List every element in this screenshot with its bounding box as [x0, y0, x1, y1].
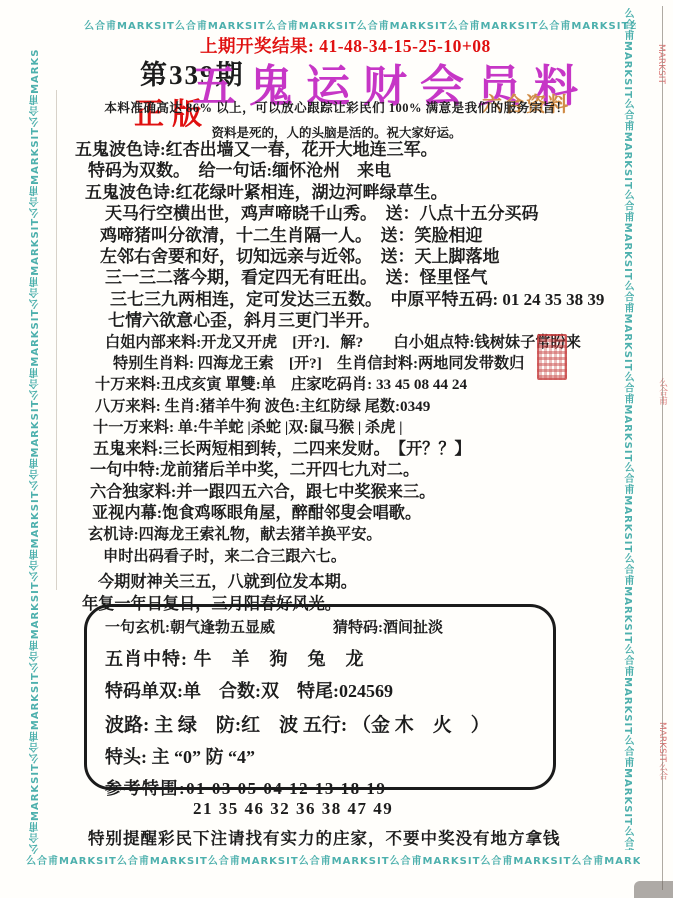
five-zodiac-row: 五肖中特: 牛 羊 狗 兔 龙 [105, 645, 553, 671]
tip-line: 玄机诗:四海龙王索礼物，献去猪羊换平安。 [58, 524, 638, 545]
mystery-phrase: 一句玄机:朝气逢勃五显威 [105, 616, 275, 637]
tip-line: 今期财神关三五，八就到位发本期。 [58, 572, 638, 593]
wave-color-row: 波路: 主 绿 防:红 波 五行: （金 木 火 ） [105, 710, 553, 737]
tip-line: 三七三九两相连，定可发达三五数。 中原平特五码: 01 24 35 38 39 [58, 289, 638, 310]
reference-numbers-row1: 参考特围:01 03 05 04 12 13 18 19 [105, 774, 553, 799]
tip-line: 申时出码看子时，来二合三跟六七。 [58, 546, 638, 567]
tip-line: 三一三二落今期，看定四无有旺出。 送：怪里怪气 [58, 267, 638, 288]
tip-line: 五鬼波色诗:红杏出墙又一春，花开大地连三军。 [58, 139, 638, 160]
special-head-row: 特头: 主 “0” 防 “4” [105, 743, 553, 769]
prediction-box: 一句玄机:朝气逢勃五显威 猜特码:酒间扯淡 五肖中特: 牛 羊 狗 兔 龙 特码… [84, 604, 556, 790]
page-edge-line-left [56, 90, 57, 590]
tip-line: 一句中特:龙前猪后羊中奖，二开四七九对二。 [58, 460, 638, 481]
tip-line: 鸡啼猪叫分欲清，十二生肖隔一人。 送：笑脸相迎 [58, 225, 638, 246]
tip-line: 天马行空横出世，鸡声啼晓千山秀。 送：八点十五分买码 [58, 203, 638, 224]
lottery-tip-sheet: 么合甫MARKSIT么合甫MARKSIT么合甫MARKSIT么合甫MARKSIT… [0, 0, 673, 898]
watermark-left: 么合甫MARKSIT么合甫MARKSIT么合甫MARKSIT么合甫MARKSIT… [28, 48, 43, 854]
red-seal-stamp [537, 334, 567, 380]
tip-line: 六合独家料:并一跟四五六合，跟七中奖猴来三。 [58, 482, 638, 503]
tip-line: 左邻右舍要和好，切知远亲与近邻。 送：天上脚落地 [58, 246, 638, 267]
scan-corner-smudge [634, 881, 673, 898]
tip-line: 亚视内幕:饱食鸡啄眼角屋，醉酣邻叟会唱歌。 [58, 503, 638, 524]
tip-line: 八万来料: 生肖:猪羊牛狗 波色:主红防绿 尾数:0349 [58, 396, 638, 417]
warning-notice: 特别提醒彩民下注请找有实力的庄家，不要中奖没有地方拿钱 [88, 825, 561, 849]
accuracy-tagline: 本料准确高达 86% 以上，可以放心跟踪让彩民们 100% 满意是我们的服务宗旨… [0, 98, 673, 116]
guess-special-phrase: 猜特码:酒间扯淡 [333, 616, 443, 637]
watermark-top: 么合甫MARKSIT么合甫MARKSIT么合甫MARKSIT么合甫MARKSIT… [84, 17, 636, 31]
tip-line: 五鬼来料:三长两短相到转，二四来发财。 【开？？】 [58, 439, 638, 460]
mystery-row: 一句玄机:朝气逢勃五显威 猜特码:酒间扯淡 [105, 616, 553, 637]
watermark-bottom: 么合甫MARKSIT么合甫MARKSIT么合甫MARKSIT么合甫MARKSIT… [26, 852, 640, 866]
tip-line: 特码为双数。 给一句话:缅怀沧州 来电 [58, 160, 638, 181]
tip-line: 十一万来料: 单:牛羊蛇 |杀蛇 |双:鼠马猴 | 杀虎 | [58, 417, 638, 438]
tip-line: 七情六欲意心歪，斜月三更门半开。 [58, 310, 638, 331]
odd-even-row: 特码单双:单 合数:双 特尾:024569 [105, 677, 553, 703]
reference-numbers-row2: 21 35 46 32 36 38 47 49 [105, 799, 553, 819]
tip-line: 五鬼波色诗:红花绿叶紧相连，湖边河畔绿草生。 [58, 182, 638, 203]
